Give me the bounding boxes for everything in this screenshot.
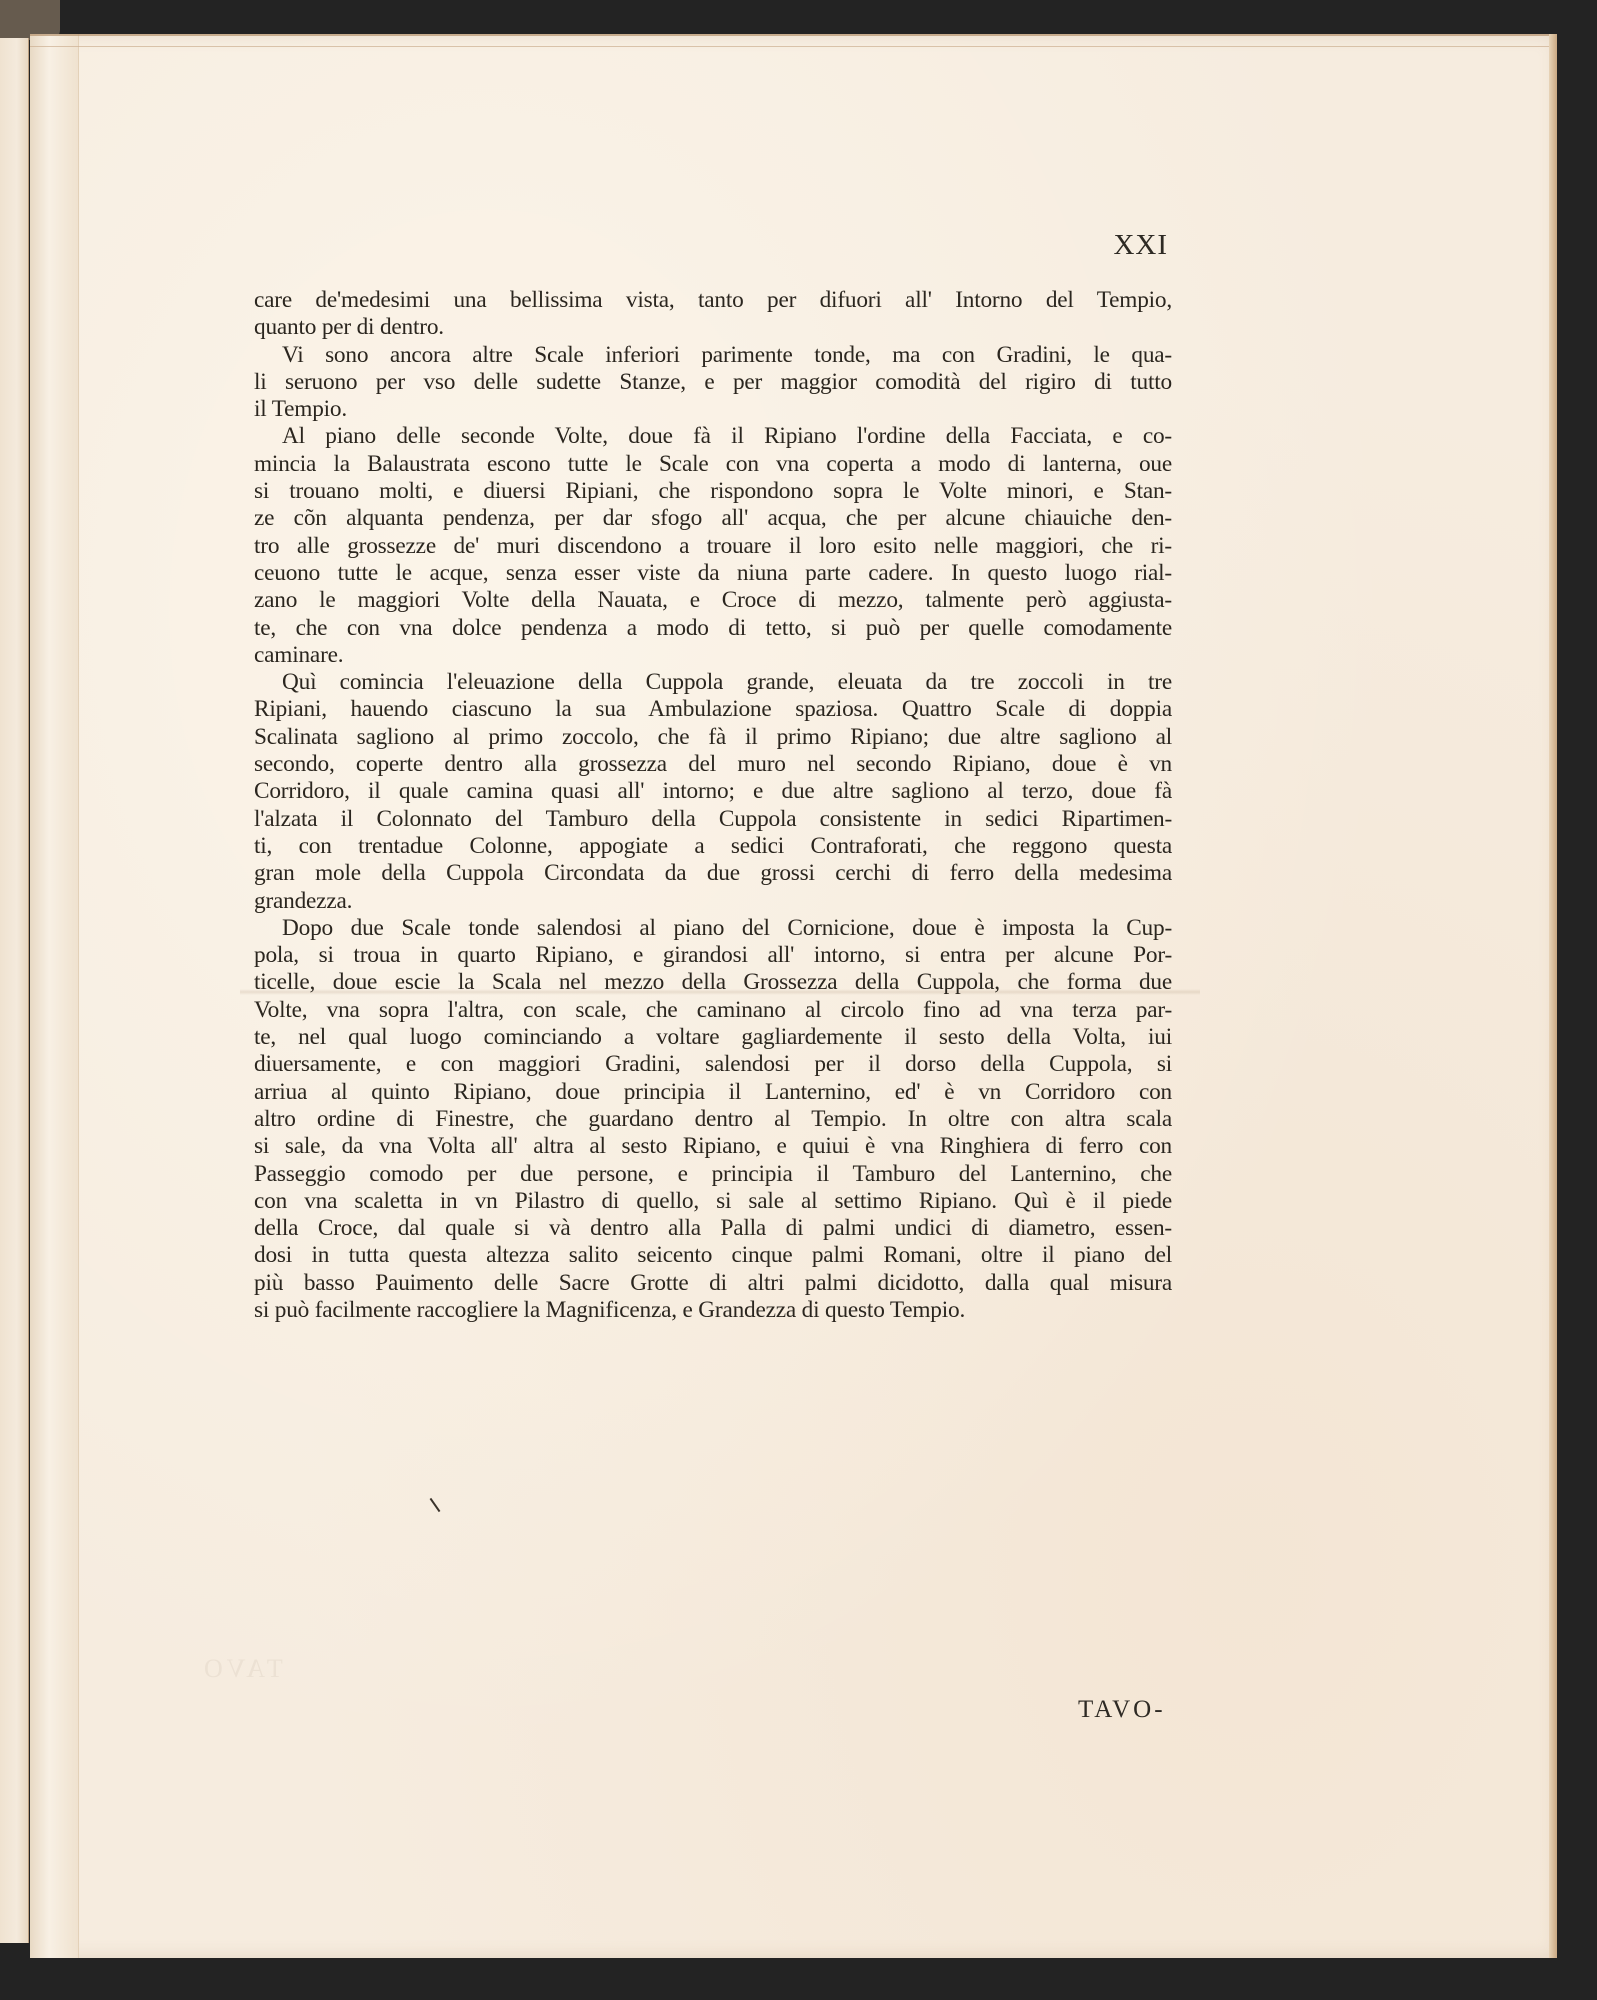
text-line: più basso Pauimento delle Sacre Grotte d…: [254, 1270, 1172, 1297]
text-line: grandezza.: [254, 888, 1172, 915]
page-top-edge: [30, 34, 1557, 47]
page-gutter: [30, 34, 79, 1958]
text-line: diuersamente, e con maggiori Gradini, sa…: [254, 1051, 1172, 1078]
text-line: Corridoro, il quale camina quasi all' in…: [254, 778, 1172, 805]
text-line: si trouano molti, e diuersi Ripiani, che…: [254, 478, 1172, 505]
text-line: Dopo due Scale tonde salendosi al piano …: [254, 915, 1172, 942]
text-line: Vi sono ancora altre Scale inferiori par…: [254, 342, 1172, 369]
text-line: ticelle, doue escie la Scala nel mezzo d…: [254, 969, 1172, 996]
text-line: caminare.: [254, 642, 1172, 669]
text-line: con vna scaletta in vn Pilastro di quell…: [254, 1188, 1172, 1215]
book-scan: TAVO XXI care de'medesimi una bellissima…: [0, 0, 1597, 2000]
paragraph: Dopo due Scale tonde salendosi al piano …: [254, 915, 1172, 1324]
text-line: pola, si troua in quarto Ripiano, e gira…: [254, 942, 1172, 969]
page-fore-edge: [1549, 34, 1557, 1958]
text-line: mincia la Balaustrata escono tutte le Sc…: [254, 451, 1172, 478]
text-line: Volte, vna sopra l'altra, con scale, che…: [254, 997, 1172, 1024]
facing-page-edge: [0, 38, 29, 1943]
text-line: te, che con vna dolce pendenza a modo di…: [254, 615, 1172, 642]
text-line: te, nel qual luogo cominciando a voltare…: [254, 1024, 1172, 1051]
text-line: dosi in tutta questa altezza salito seic…: [254, 1242, 1172, 1269]
stray-ink-mark: [430, 1498, 441, 1512]
text-line: si sale, da vna Volta all' altra al sest…: [254, 1133, 1172, 1160]
text-line: ze cõn alquanta pendenza, per dar sfogo …: [254, 505, 1172, 532]
text-line: il Tempio.: [254, 396, 1172, 423]
text-line: della Croce, dal quale si và dentro alla…: [254, 1215, 1172, 1242]
text-line: ceuono tutte le acque, senza esser viste…: [254, 560, 1172, 587]
text-line: li seruono per vso delle sudette Stanze,…: [254, 369, 1172, 396]
text-line: Quì comincia l'eleuazione della Cuppola …: [254, 669, 1172, 696]
page-number: XXI: [1078, 229, 1168, 262]
catchword: TAVO-: [1078, 1696, 1166, 1724]
paragraph: Vi sono ancora altre Scale inferiori par…: [254, 342, 1172, 424]
text-line: care de'medesimi una bellissima vista, t…: [254, 287, 1172, 314]
text-line: si può facilmente raccogliere la Magnifi…: [254, 1297, 1172, 1324]
text-line: l'alzata il Colonnato del Tamburo della …: [254, 806, 1172, 833]
text-line: Ripiani, hauendo ciascuno la sua Ambulaz…: [254, 696, 1172, 723]
bleed-through-catchword: TAVO: [200, 1654, 283, 1684]
text-line: zano le maggiori Volte della Nauata, e C…: [254, 587, 1172, 614]
paragraph: Al piano delle seconde Volte, doue fà il…: [254, 423, 1172, 669]
paragraph: Quì comincia l'eleuazione della Cuppola …: [254, 669, 1172, 915]
text-line: arriua al quinto Ripiano, doue principia…: [254, 1079, 1172, 1106]
text-line: Scalinata sagliono al primo zoccolo, che…: [254, 724, 1172, 751]
body-text: care de'medesimi una bellissima vista, t…: [254, 287, 1172, 1324]
book-page: TAVO XXI care de'medesimi una bellissima…: [30, 34, 1557, 1958]
text-line: tro alle grossezze de' muri discendono a…: [254, 533, 1172, 560]
text-line: ti, con trentadue Colonne, appogiate a s…: [254, 833, 1172, 860]
text-line: secondo, coperte dentro alla grossezza d…: [254, 751, 1172, 778]
text-line: altro ordine di Finestre, che guardano d…: [254, 1106, 1172, 1133]
text-line: gran mole della Cuppola Circondata da du…: [254, 860, 1172, 887]
paragraph: care de'medesimi una bellissima vista, t…: [254, 287, 1172, 342]
text-line: Passeggio comodo per due persone, e prin…: [254, 1161, 1172, 1188]
text-line: quanto per di dentro.: [254, 314, 1172, 341]
text-line: Al piano delle seconde Volte, doue fà il…: [254, 423, 1172, 450]
